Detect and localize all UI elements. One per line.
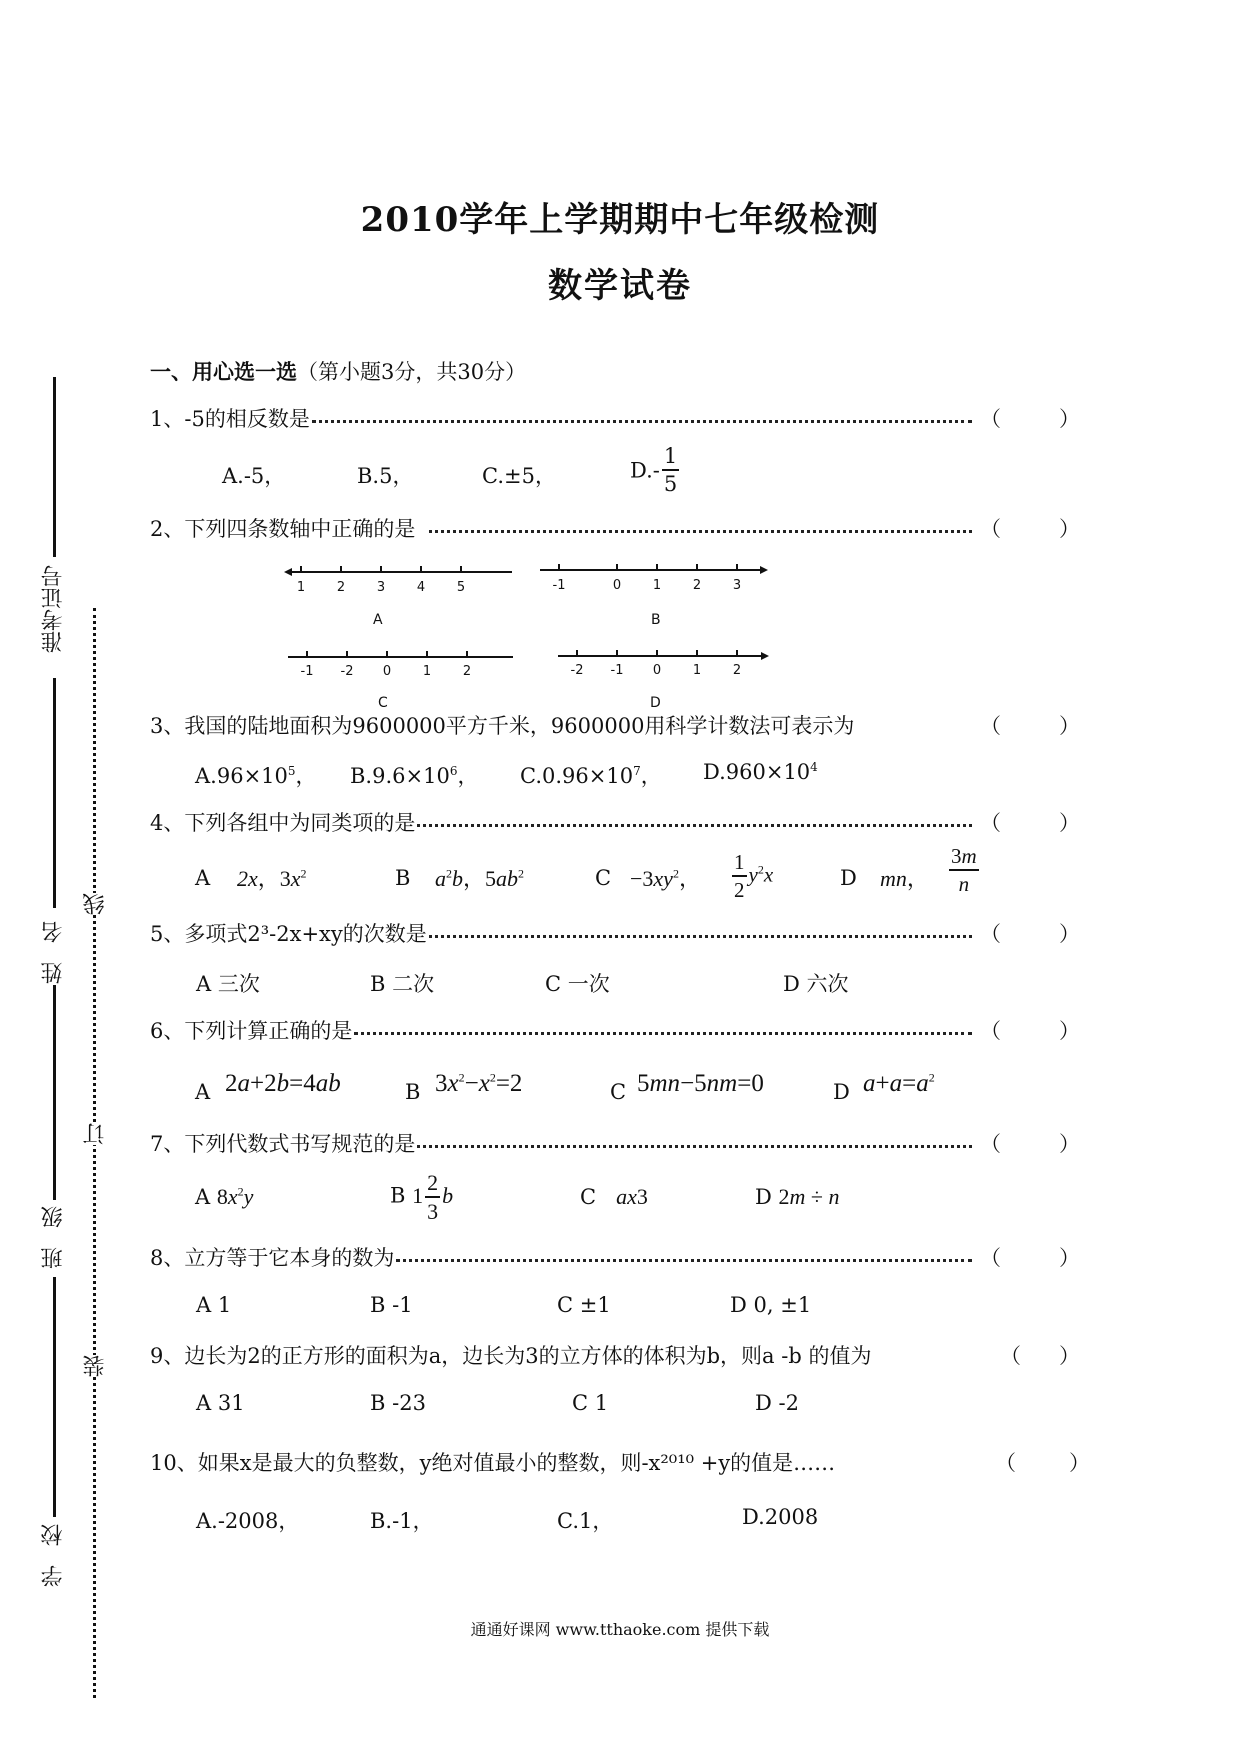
exam-title: 2010学年上学期期中七年级检测 [0,192,1240,241]
q8-option-a: A 1 [196,1293,231,1317]
leader-dots [429,530,972,533]
question-number: 1、 [150,407,184,431]
q1-option-c: C.±5， [482,460,556,490]
cut-label-staple: 订 [80,1123,111,1145]
q9-option-c: C 1 [572,1391,608,1415]
question-text: 下列计算正确的是 [184,1019,352,1043]
question-1: 1、-5的相反数是 （） [150,404,1080,432]
question-4: 4、下列各组中为同类项的是 （） [150,808,1080,836]
question-8: 8、立方等于它本身的数为 （） [150,1243,1080,1271]
leader-dots [354,1032,972,1035]
question-number: 7、 [150,1132,184,1156]
answer-blank[interactable]: （） [980,1242,1080,1272]
question-5: 5、多项式2³-2x+xy的次数是 （） [150,919,1080,947]
question-text: -5的相反数是 [184,407,309,431]
question-number: 3、 [150,714,184,738]
question-number: 6、 [150,1019,184,1043]
question-text: 如果x是最大的负整数，y绝对值最小的整数，则-x²⁰¹⁰ +y的值是…… [198,1451,835,1475]
class-label: 班 级 [38,1200,69,1269]
question-number: 2、 [150,517,184,541]
answer-blank[interactable]: （） [980,807,1080,837]
exam-id-line [53,377,56,557]
question-number: 8、 [150,1246,184,1270]
leader-dots [429,935,972,938]
cut-label-bind: 装 [80,1355,111,1377]
question-text: 多项式2³-2x+xy的次数是 [184,922,426,946]
question-text: 下列四条数轴中正确的是 [184,517,415,541]
answer-blank[interactable]: （） [980,513,1080,543]
q3-option-d: D.960×104 [703,760,818,784]
arrow-left-icon [284,568,292,576]
q10-option-a: A.-2008， [196,1505,299,1535]
name-line-top [53,678,56,908]
question-number: 10、 [150,1451,198,1475]
q1-option-d: D.-15 [630,446,681,495]
q1-option-a: A.-5， [222,460,285,490]
section-heading: 一、用心选一选（第小题3分，共30分） [150,356,526,386]
answer-blank[interactable]: （） [1000,1340,1080,1370]
q7-options: A 8x2y B 123b C ax3 D 2m ÷ n [195,1172,995,1232]
q3-option-a: A.96×105， [195,760,317,790]
q5-option-b: B 二次 [370,968,434,998]
q8-option-c: C ±1 [557,1293,611,1317]
question-2: 2、下列四条数轴中正确的是 （） [150,514,1080,542]
q4-options: A 2x，3x2 B a2b，5ab2 C −3xy2， 12y2x D mn，… [195,858,995,918]
q3-option-b: B.9.6×106， [350,760,478,790]
answer-blank[interactable]: （） [980,918,1080,948]
arrow-right-icon [761,652,769,660]
q10-option-d: D.2008 [742,1505,818,1529]
question-9: 9、边长为2的正方形的面积为a，边长为3的立方体的体积为b，则a -b 的值为 … [150,1341,1080,1369]
footer-credit: 通通好课网 www.tthaoke.com 提供下载 [0,1617,1240,1640]
q5-option-a: A 三次 [196,968,260,998]
question-text: 我国的陆地面积为9600000平方千米，9600000用科学计数法可表示为 [184,714,854,738]
q10-option-b: B.-1， [370,1505,434,1535]
q9-option-d: D -2 [755,1391,799,1415]
exam-subtitle: 数学试卷 [0,258,1240,307]
q10-option-c: C.1， [557,1505,613,1535]
question-text: 立方等于它本身的数为 [184,1246,394,1270]
question-number: 5、 [150,922,184,946]
leader-dots [417,1145,972,1148]
leader-dots [312,420,972,423]
question-7: 7、下列代数式书写规范的是 （） [150,1129,1080,1157]
question-10: 10、如果x是最大的负整数，y绝对值最小的整数，则-x²⁰¹⁰ +y的值是…… … [150,1448,1090,1476]
answer-blank[interactable]: （） [980,1015,1080,1045]
fraction: 15 [662,446,679,495]
answer-blank[interactable]: （） [980,403,1080,433]
q8-option-d: D 0, ±1 [730,1293,811,1317]
school-label: 学 校 [38,1518,69,1587]
answer-blank[interactable]: （） [980,710,1080,740]
question-3: 3、我国的陆地面积为9600000平方千米，9600000用科学计数法可表示为 … [150,711,1080,739]
q9-option-b: B -23 [370,1391,426,1415]
q5-option-c: C 一次 [545,968,610,998]
leader-dots [396,1259,972,1262]
name-line-bottom [53,985,56,1200]
cut-line [93,608,96,1698]
question-number: 9、 [150,1344,184,1368]
q6-options: A 2a+2b=4ab B 3x2−x2=2 C 5mn−5nm=0 D a+a… [195,1068,1015,1108]
arrow-right-icon [760,566,768,574]
question-number: 4、 [150,811,184,835]
q1-option-b: B.5， [357,460,413,490]
question-6: 6、下列计算正确的是 （） [150,1016,1080,1044]
q5-option-d: D 六次 [783,968,849,998]
question-text: 下列各组中为同类项的是 [184,811,415,835]
question-text: 边长为2的正方形的面积为a，边长为3的立方体的体积为b，则a -b 的值为 [184,1344,871,1368]
exam-id-label: 准考证号 [38,565,69,653]
q8-option-b: B -1 [370,1293,413,1317]
q9-option-a: A 31 [196,1391,245,1415]
section-title: 一、用心选一选 [150,359,297,384]
name-label: 姓 名 [38,915,69,984]
answer-blank[interactable]: （） [980,1128,1080,1158]
q3-option-c: C.0.96×107， [520,760,662,790]
leader-dots [417,824,972,827]
section-note: （第小题3分，共30分） [297,360,526,384]
question-text: 下列代数式书写规范的是 [184,1132,415,1156]
cut-label-line: 线 [80,893,111,915]
class-line-bottom [53,1277,56,1517]
answer-blank[interactable]: （） [995,1447,1090,1477]
